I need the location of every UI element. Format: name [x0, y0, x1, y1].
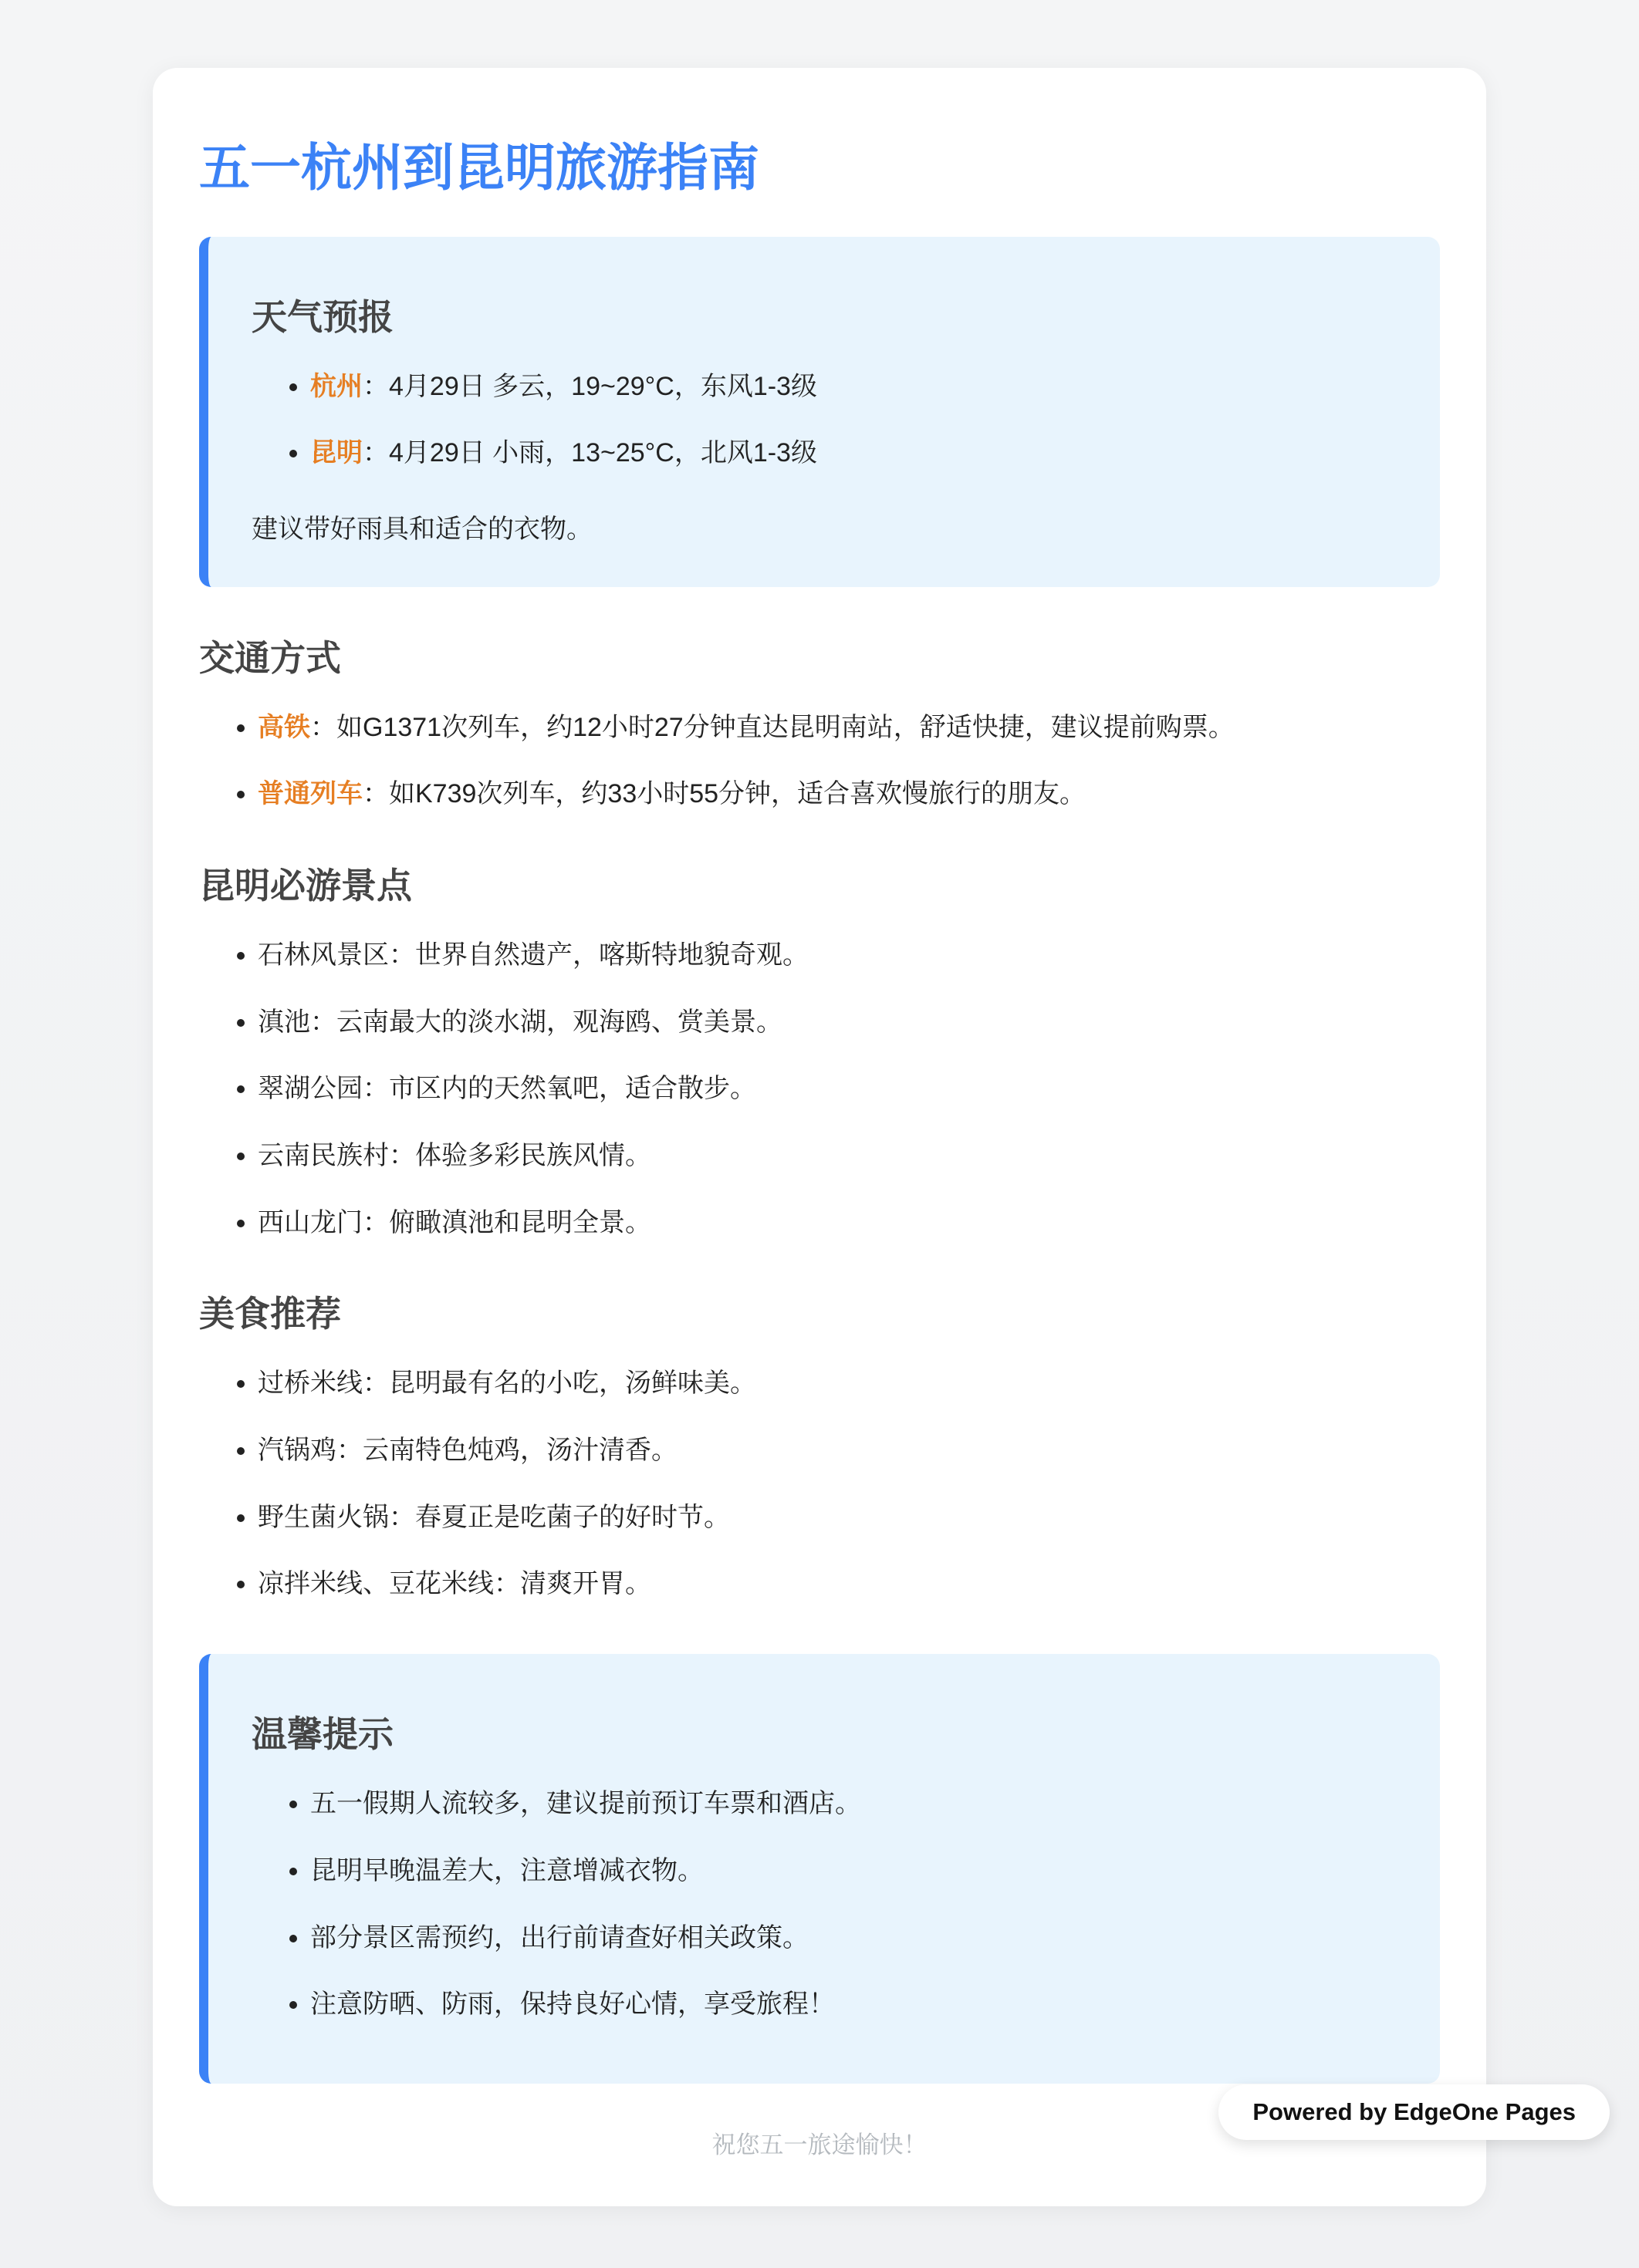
food-heading: 美食推荐	[199, 1286, 1440, 1337]
weather-item: 杭州：4月29日 多云，19~29°C，东风1-3级	[310, 366, 1397, 407]
weather-item-text: ：4月29日 小雨，13~25°C，北风1-3级	[363, 438, 817, 467]
weather-note: 建议带好雨具和适合的衣物。	[252, 509, 1397, 550]
tips-section: 温馨提示 五一假期人流较多，建议提前预订车票和酒店。 昆明早晚温差大，注意增减衣…	[199, 1654, 1440, 2084]
attraction-item: 西山龙门：俯瞰滇池和昆明全景。	[258, 1203, 1440, 1244]
transport-heading: 交通方式	[199, 630, 1440, 681]
food-list: 过桥米线：昆明最有名的小吃，汤鲜味美。 汽锅鸡：云南特色炖鸡，汤汁清香。 野生菌…	[199, 1363, 1440, 1605]
food-item: 过桥米线：昆明最有名的小吃，汤鲜味美。	[258, 1363, 1440, 1404]
weather-item: 昆明：4月29日 小雨，13~25°C，北风1-3级	[310, 433, 1397, 474]
weather-list: 杭州：4月29日 多云，19~29°C，东风1-3级 昆明：4月29日 小雨，1…	[252, 366, 1397, 474]
transport-label: 普通列车	[258, 779, 363, 808]
attractions-list: 石林风景区：世界自然遗产，喀斯特地貌奇观。 滇池：云南最大的淡水湖，观海鸥、赏美…	[199, 935, 1440, 1243]
attraction-item: 滇池：云南最大的淡水湖，观海鸥、赏美景。	[258, 1002, 1440, 1043]
city-label: 昆明	[310, 438, 363, 467]
tip-item: 五一假期人流较多，建议提前预订车票和酒店。	[310, 1784, 1397, 1824]
travel-guide-card: 五一杭州到昆明旅游指南 天气预报 杭州：4月29日 多云，19~29°C，东风1…	[153, 68, 1486, 2206]
edgeone-badge[interactable]: Powered by EdgeOne Pages	[1218, 2084, 1610, 2140]
transport-item: 普通列车：如K739次列车，约33小时55分钟，适合喜欢慢旅行的朋友。	[258, 774, 1440, 815]
tips-list: 五一假期人流较多，建议提前预订车票和酒店。 昆明早晚温差大，注意增减衣物。 部分…	[252, 1784, 1397, 2025]
transport-item-text: ：如K739次列车，约33小时55分钟，适合喜欢慢旅行的朋友。	[363, 779, 1086, 808]
city-label: 杭州	[310, 372, 363, 401]
transport-item-text: ：如G1371次列车，约12小时27分钟直达昆明南站，舒适快捷，建议提前购票。	[310, 713, 1235, 742]
tip-item: 昆明早晚温差大，注意增减衣物。	[310, 1851, 1397, 1892]
attraction-item: 翠湖公园：市区内的天然氧吧，适合散步。	[258, 1068, 1440, 1109]
tip-item: 注意防晒、防雨，保持良好心情，享受旅程！	[310, 1984, 1397, 2025]
food-item: 野生菌火锅：春夏正是吃菌子的好时节。	[258, 1497, 1440, 1538]
tips-heading: 温馨提示	[252, 1706, 1397, 1757]
food-item: 汽锅鸡：云南特色炖鸡，汤汁清香。	[258, 1430, 1440, 1471]
transport-label: 高铁	[258, 713, 310, 742]
attraction-item: 云南民族村：体验多彩民族风情。	[258, 1136, 1440, 1176]
transport-item: 高铁：如G1371次列车，约12小时27分钟直达昆明南站，舒适快捷，建议提前购票…	[258, 707, 1440, 748]
weather-heading: 天气预报	[252, 289, 1397, 340]
transport-list: 高铁：如G1371次列车，约12小时27分钟直达昆明南站，舒适快捷，建议提前购票…	[199, 707, 1440, 815]
attraction-item: 石林风景区：世界自然遗产，喀斯特地貌奇观。	[258, 935, 1440, 976]
page-background: 五一杭州到昆明旅游指南 天气预报 杭州：4月29日 多云，19~29°C，东风1…	[0, 0, 1639, 2268]
page-title: 五一杭州到昆明旅游指南	[199, 136, 1440, 200]
food-item: 凉拌米线、豆花米线：清爽开胃。	[258, 1564, 1440, 1605]
tip-item: 部分景区需预约，出行前请查好相关政策。	[310, 1918, 1397, 1959]
attractions-heading: 昆明必游景点	[199, 858, 1440, 909]
weather-item-text: ：4月29日 多云，19~29°C，东风1-3级	[363, 372, 817, 401]
weather-section: 天气预报 杭州：4月29日 多云，19~29°C，东风1-3级 昆明：4月29日…	[199, 237, 1440, 587]
